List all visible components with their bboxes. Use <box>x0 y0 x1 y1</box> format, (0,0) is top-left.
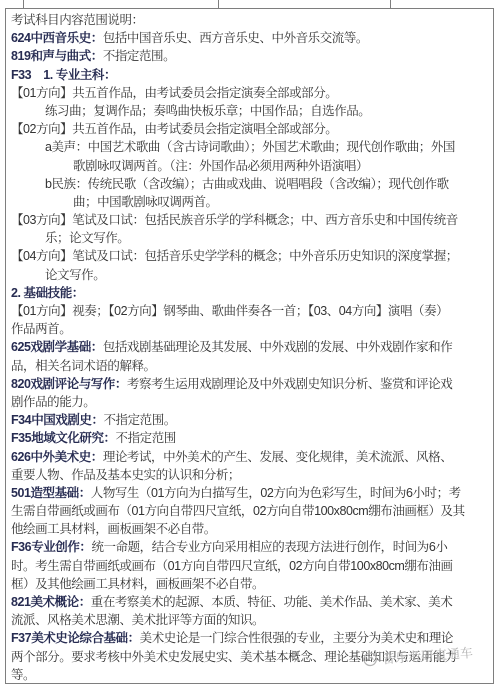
section-heading: F36专业创作： <box>11 540 91 554</box>
text-line: F36专业创作：统一命题，结合专业方向采用相应的表现方法进行创作，时间为6小 <box>11 538 490 556</box>
text-line: a美声：中国艺术歌曲（含古诗词歌曲）；外国艺术歌曲；现代创作歌曲；外国 <box>11 138 490 156</box>
text-line: F34中国戏剧史：不指定范围。 <box>11 411 490 429</box>
text-line: 【02方向】共五首作品，由考试委员会指定演唱全部或部分。 <box>11 120 490 138</box>
text-line: 歌剧咏叹调两首。（注：外国作品必须用两种外语演唱） <box>11 157 490 175</box>
text-line: 剧作品的能力。 <box>11 393 490 411</box>
text-line: 作品两首。 <box>11 320 490 338</box>
text-line: F33 1. 专业主科： <box>11 66 490 84</box>
document-page: 考试科目内容范围说明：624中西音乐史：包括中国音乐史、西方音乐史、中外音乐交流… <box>0 0 500 689</box>
table-row-remnant <box>5 0 494 9</box>
text-line: 【03方向】笔试及口试：包括民族音乐学的学科概念；中、西方音乐史和中国传统音 <box>11 211 490 229</box>
section-heading: 501造型基础： <box>11 486 91 500</box>
section-heading: F33 1. 专业主科： <box>11 68 116 82</box>
body-text: 曲；中国歌剧咏叹调两首。 <box>73 195 218 209</box>
section-heading: 624中西音乐史： <box>11 31 103 45</box>
table-column-divider <box>23 0 24 8</box>
body-text: 【04方向】笔试及口试：包括音乐史学学科的概念；中外音乐历史知识的深度掌握； <box>11 249 458 263</box>
body-text: 人物写生（01方向为白描写生，02方向为色彩写生，时间为6小时；考 <box>91 486 461 500</box>
text-line: 重要人物、作品及基本史实的认识和分析； <box>11 466 490 484</box>
table-cell: 考试科目内容范围说明：624中西音乐史：包括中国音乐史、西方音乐史、中外音乐交流… <box>5 9 494 684</box>
body-text: 统一命题，结合专业方向采用相应的表现方法进行创作，时间为6小 <box>91 540 447 554</box>
text-line: 501造型基础：人物写生（01方向为白描写生，02方向为色彩写生，时间为6小时；… <box>11 484 490 502</box>
text-line: 【01方向】共五首作品，由考试委员会指定演奏全部或部分。 <box>11 84 490 102</box>
section-heading: F37美术史论综合基础： <box>11 631 140 645</box>
body-text: 流派、风格美术思潮、美术批评等方面的知识。 <box>11 613 264 627</box>
section-heading: 821美术概论： <box>11 595 91 609</box>
body-text: 时。考生需自带画纸或画布（01方向自带四尺宣纸，02方向自带100x80cm绷布… <box>11 559 453 573</box>
body-text: 论文写作。 <box>45 268 105 282</box>
text-line: 时。考生需自带画纸或画布（01方向自带四尺宣纸，02方向自带100x80cm绷布… <box>11 557 490 575</box>
text-line: 练习曲；复调作品；奏鸣曲快板乐章；中国作品；自选作品。 <box>11 102 490 120</box>
section-heading: F34中国戏剧史： <box>11 413 104 427</box>
body-text: 【01方向】共五首作品，由考试委员会指定演奏全部或部分。 <box>11 86 337 100</box>
body-text: 等。 <box>11 668 35 682</box>
text-line: 等。 <box>11 666 490 684</box>
body-text: 重要人物、作品及基本史实的认识和分析； <box>11 468 240 482</box>
body-text: 歌剧咏叹调两首。（注：外国作品必须用两种外语演唱） <box>73 159 368 173</box>
body-text: 生需自带画纸或画布（01方向自带四尺宣纸，02方向自带100x80cm绷布油画框… <box>11 504 465 518</box>
text-line: 821美术概论：重在考察美术的起源、本质、特征、功能、美术作品、美术家、美术 <box>11 593 490 611</box>
text-line: 820戏剧评论与写作：考察考生运用戏剧理论及中外戏剧史知识分析、鉴赏和评论戏 <box>11 375 490 393</box>
text-line: F37美术史论综合基础：美术史论是一门综合性很强的专业，主要分为美术史和理论 <box>11 629 490 647</box>
body-text: 理论考试，中外美术的产生、发展、变化规律，美术流派、风格、 <box>103 450 452 464</box>
body-text: 不指定范围。 <box>103 49 175 63</box>
text-line: 【01方向】视奏；【02方向】钢琴曲、歌曲伴奏各一首；【03、04方向】演唱（奏… <box>11 302 490 320</box>
text-line: 品，相关名词术语的解释。 <box>11 357 490 375</box>
text-line: 两个部分。要求考核中外美术史发展史实、美术基本概念、理论基础知识与运用能力 <box>11 648 490 666</box>
content-area: 考试科目内容范围说明：624中西音乐史：包括中国音乐史、西方音乐史、中外音乐交流… <box>6 9 493 684</box>
text-line: 他绘画工具材料，画板画架不必自带。 <box>11 520 490 538</box>
body-text: 剧作品的能力。 <box>11 395 95 409</box>
body-text: 他绘画工具材料，画板画架不必自带。 <box>11 522 216 536</box>
body-text: 两个部分。要求考核中外美术史发展史实、美术基本概念、理论基础知识与运用能力 <box>11 650 457 664</box>
text-line: 曲；中国歌剧咏叹调两首。 <box>11 193 490 211</box>
body-text: 品，相关名词术语的解释。 <box>11 359 156 373</box>
body-text: 考试科目内容范围说明： <box>11 13 144 27</box>
body-text: 【01方向】视奏；【02方向】钢琴曲、歌曲伴奏各一首；【03、04方向】演唱（奏… <box>11 304 448 318</box>
section-heading: 625戏剧学基础： <box>11 340 103 354</box>
body-text: 不指定范围 <box>116 431 176 445</box>
section-heading: 820戏剧评论与写作： <box>11 377 127 391</box>
text-line: 框）及其他绘画工具材料，画板画架不必自带。 <box>11 575 490 593</box>
table-column-divider <box>390 0 391 8</box>
body-text: 包括中国音乐史、西方音乐史、中外音乐交流等。 <box>103 31 368 45</box>
body-text: 【02方向】共五首作品，由考试委员会指定演唱全部或部分。 <box>11 122 337 136</box>
body-text: 作品两首。 <box>11 322 71 336</box>
body-text: 乐；论文写作。 <box>45 231 129 245</box>
body-text: 考察考生运用戏剧理论及中外戏剧史知识分析、鉴赏和评论戏 <box>127 377 452 391</box>
body-text: 重在考察美术的起源、本质、特征、功能、美术作品、美术家、美术 <box>91 595 453 609</box>
body-text: 【03方向】笔试及口试：包括民族音乐学的学科概念；中、西方音乐史和中国传统音 <box>11 213 458 227</box>
table-column-divider <box>218 0 219 8</box>
text-line: 819和声与曲式：不指定范围。 <box>11 47 490 65</box>
text-line: F35地域文化研究：不指定范围 <box>11 429 490 447</box>
body-text: 练习曲；复调作品；奏鸣曲快板乐章；中国作品；自选作品。 <box>45 104 370 118</box>
text-line: 乐；论文写作。 <box>11 229 490 247</box>
text-line: 【04方向】笔试及口试：包括音乐史学学科的概念；中外音乐历史知识的深度掌握； <box>11 247 490 265</box>
text-line: 考试科目内容范围说明： <box>11 11 490 29</box>
text-line: 625戏剧学基础：包括戏剧基础理论及其发展、中外戏剧的发展、中外戏剧作家和作 <box>11 338 490 356</box>
body-text: 框）及其他绘画工具材料，画板画架不必自带。 <box>11 577 264 591</box>
section-heading: F35地域文化研究： <box>11 431 116 445</box>
text-line: b民族：传统民歌（含改编）；古曲或戏曲、说唱唱段（含改编）；现代创作歌 <box>11 175 490 193</box>
section-heading: 819和声与曲式： <box>11 49 103 63</box>
body-text: b民族：传统民歌（含改编）；古曲或戏曲、说唱唱段（含改编）；现代创作歌 <box>45 177 449 191</box>
text-line: 流派、风格美术思潮、美术批评等方面的知识。 <box>11 611 490 629</box>
text-line: 626中外美术史：理论考试，中外美术的产生、发展、变化规律，美术流派、风格、 <box>11 448 490 466</box>
text-line: 2. 基础技能： <box>11 284 490 302</box>
text-line: 论文写作。 <box>11 266 490 284</box>
body-text: 不指定范围。 <box>104 413 176 427</box>
body-text: a美声：中国艺术歌曲（含古诗词歌曲）；外国艺术歌曲；现代创作歌曲；外国 <box>45 140 455 154</box>
body-text: 美术史论是一门综合性很强的专业，主要分为美术史和理论 <box>140 631 453 645</box>
text-line: 生需自带画纸或画布（01方向自带四尺宣纸，02方向自带100x80cm绷布油画框… <box>11 502 490 520</box>
text-line: 624中西音乐史：包括中国音乐史、西方音乐史、中外音乐交流等。 <box>11 29 490 47</box>
body-text: 包括戏剧基础理论及其发展、中外戏剧的发展、中外戏剧作家和作 <box>103 340 452 354</box>
section-heading: 626中外美术史： <box>11 450 103 464</box>
section-heading: 2. 基础技能： <box>11 286 84 300</box>
